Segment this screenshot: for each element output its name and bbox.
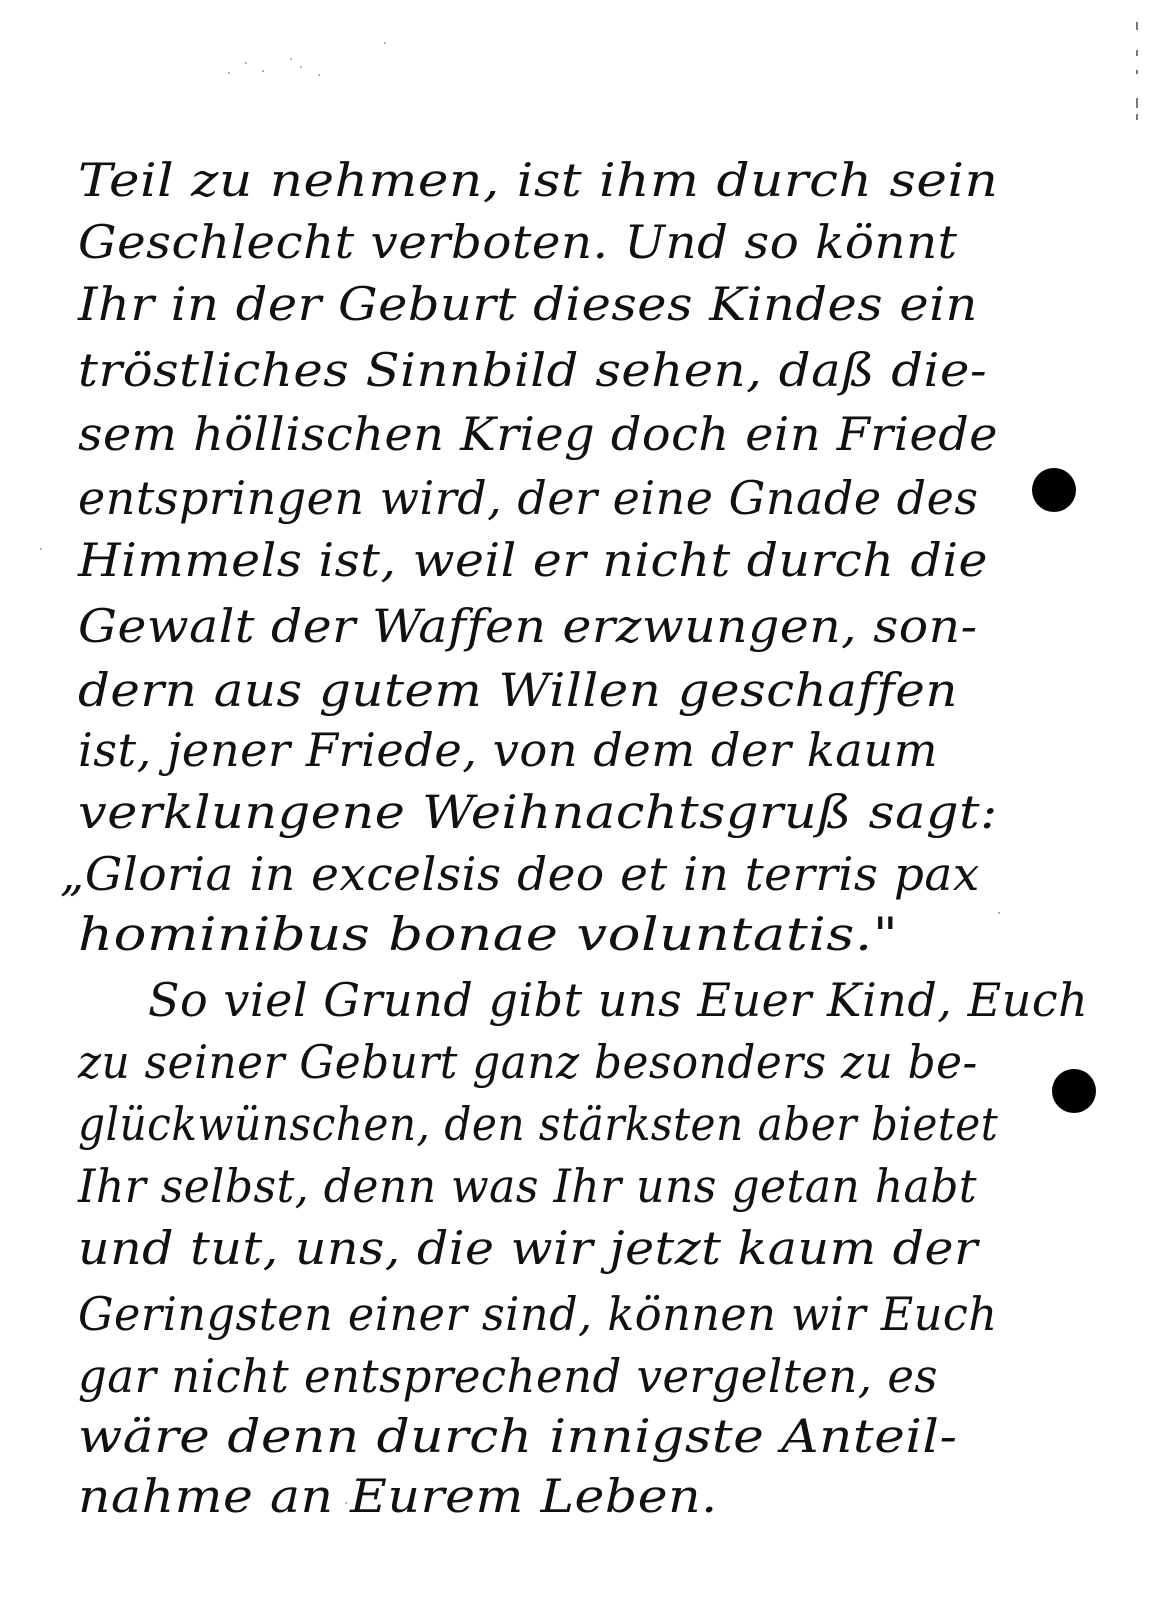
text-line-16: glückwünschen, den stärksten aber bietet — [78, 1094, 998, 1154]
text-line-19: Geringsten einer sind, können wir Euch — [78, 1284, 998, 1344]
text-line-9: dern aus gutem Willen geschaffen — [78, 660, 958, 720]
text-line-18: und tut, uns, die wir jetzt kaum der — [78, 1218, 978, 1278]
scan-speckle — [290, 58, 292, 60]
text-line-21: wäre denn durch innigste Anteil- — [78, 1406, 957, 1466]
text-line-1: Teil zu nehmen, ist ihm durch sein — [78, 150, 998, 210]
hole-punch-lower — [1052, 1069, 1096, 1113]
scan-edge-mark — [1136, 98, 1138, 108]
text-line-4: tröstliches Sinnbild sehen, daß die- — [78, 340, 987, 400]
hole-punch-upper — [1032, 468, 1076, 512]
scan-speckle — [318, 74, 320, 76]
scan-speckle — [998, 912, 1000, 914]
scan-edge-mark — [1136, 22, 1138, 30]
text-line-22: nahme an Eurem Leben. — [78, 1466, 718, 1526]
text-line-5: sem höllischen Krieg doch ein Friede — [78, 404, 998, 464]
text-line-10: ist, jener Friede, von dem der kaum — [78, 720, 938, 780]
text-line-20: gar nicht entsprechend vergelten, es — [78, 1346, 938, 1406]
text-line-17: Ihr selbst, denn was Ihr uns getan habt — [78, 1156, 977, 1216]
text-line-6: entspringen wird, der eine Gnade des — [78, 468, 978, 528]
scan-speckle — [300, 66, 302, 68]
text-line-13: hominibus bonae voluntatis." — [78, 904, 898, 964]
letter-page: Teil zu nehmen, ist ihm durch sein Gesch… — [0, 0, 1159, 1620]
scan-speckle — [245, 62, 247, 64]
text-line-8: Gewalt der Waffen erzwungen, son- — [78, 596, 978, 656]
text-line-2: Geschlecht verboten. Und so könnt — [78, 212, 958, 272]
text-line-3: Ihr in der Geburt dieses Kindes ein — [78, 274, 978, 334]
scan-speckle — [384, 42, 386, 44]
text-line-7: Himmels ist, weil er nicht durch die — [78, 530, 988, 590]
text-line-15: zu seiner Geburt ganz besonders zu be- — [78, 1032, 978, 1092]
scan-edge-mark — [1136, 70, 1138, 74]
scan-edge-mark — [1136, 114, 1138, 120]
scan-speckle — [228, 72, 230, 74]
scan-speckle — [262, 70, 264, 72]
scan-speckle — [40, 548, 42, 550]
scan-edge-mark — [1136, 50, 1138, 56]
text-line-14: So viel Grund gibt uns Euer Kind, Euch — [148, 970, 1088, 1030]
text-line-11: verklungene Weihnachtsgruß sagt: — [78, 782, 998, 842]
text-line-12: „Gloria in excelsis deo et in terris pax — [60, 844, 980, 904]
